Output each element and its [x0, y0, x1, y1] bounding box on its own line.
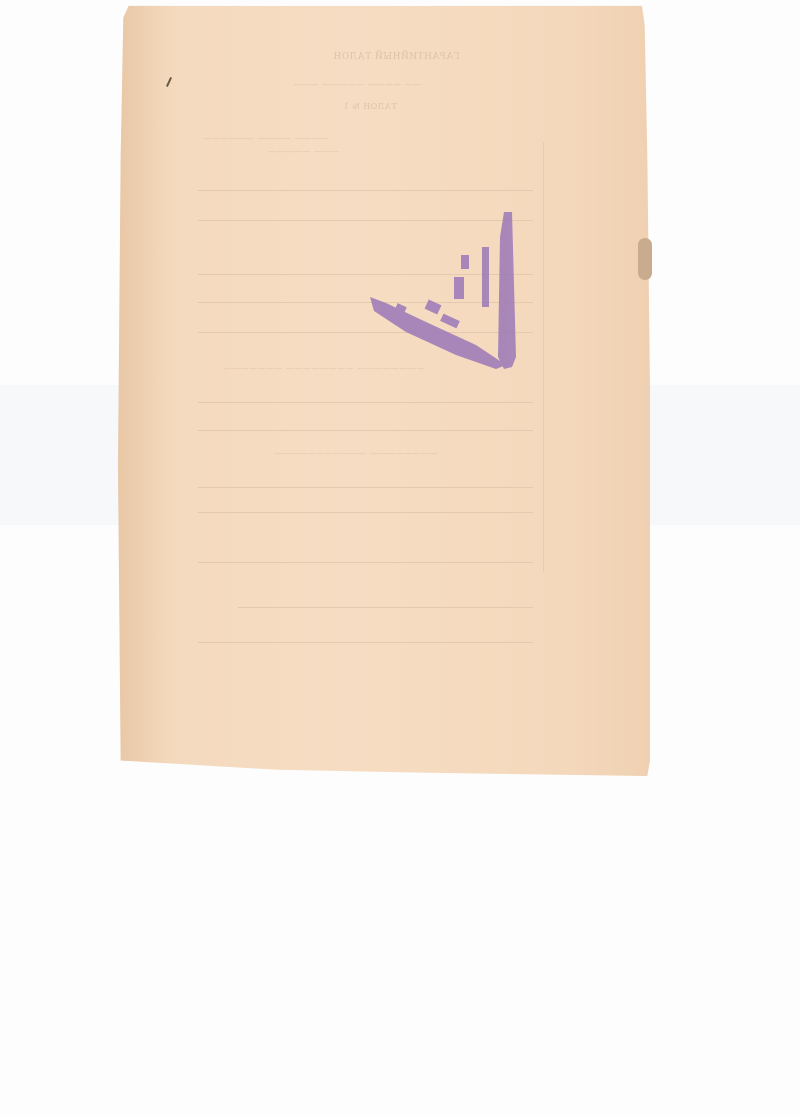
bleed-line: ТАЛОН № 1: [343, 102, 397, 111]
bleed-line: ———————— ———————————: [273, 449, 438, 458]
bleed-line: ———— ———— ——————: [203, 134, 328, 143]
stamp-triangle: [366, 207, 526, 372]
perforation-line: [543, 142, 544, 572]
bleed-line: —— ———— ————— ———: [293, 80, 421, 89]
rule: [198, 642, 533, 643]
paper-tab: [638, 238, 652, 280]
rule: [198, 402, 533, 403]
rule: [198, 562, 533, 563]
paper-sheet: ГАРАНТИЙНЫЙ ТАЛОН —— ———— ————— ——— ТАЛО…: [118, 2, 650, 776]
rule: [198, 487, 533, 488]
rule: [198, 512, 533, 513]
paper-shadow: [118, 2, 173, 776]
rule: [238, 607, 533, 608]
bleed-title: ГАРАНТИЙНЫЙ ТАЛОН: [333, 52, 460, 62]
bleed-line: ——— —————: [268, 147, 339, 156]
rule: [198, 190, 533, 191]
rule: [198, 430, 533, 431]
